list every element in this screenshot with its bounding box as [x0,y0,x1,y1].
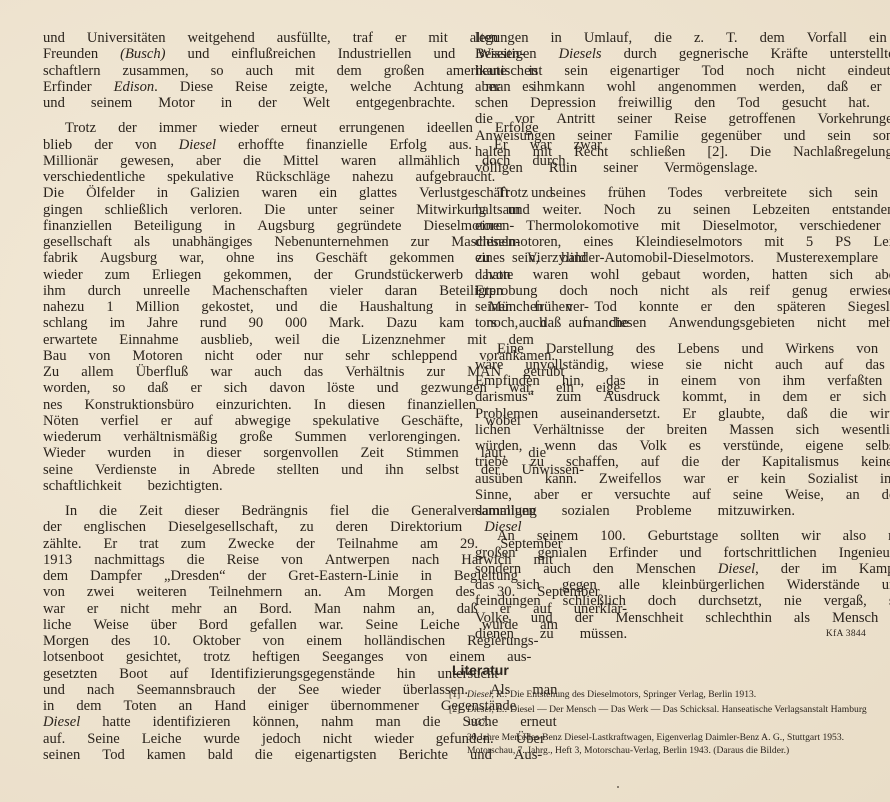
text-line: dieselmotoren,einesKleindieselmotorsmit5… [453,234,866,250]
text-line: Anseinem100.Geburtstagesolltenwiralsonic… [453,528,866,544]
text-line: derenglischenDieselgesellschaft,zuderenD… [21,519,429,535]
text-line: undseinemMotorinderWeltentgegenbrachte. [21,95,429,111]
references-heading: Literatur [452,662,509,678]
text-line: legungeninUmlauf,diez.T.demVorfalleingew… [453,30,866,46]
text-line: darismus“zumAusdruckkommt,indemersichmit… [453,389,866,405]
text-line: 1913nachmittagsdieReisevonAntwerpennachH… [21,552,429,568]
text-line: Morgendes10.Oktobervoneinemholländischen… [21,633,429,649]
reference-item: [2] Diesel, E.: Diesel — Der Mensch — Da… [449,703,869,730]
text-line: erwarteteEinnahmeausblieb,weildieLizenzn… [21,332,429,348]
text-line: wäreunvollständig,wiesesienichtauchaufda… [453,357,866,373]
text-line: BauvonMotorennichtodernursehrschleppendv… [21,348,429,364]
text-line: Empfindenhin,dasineinemvonihmverfaßtenBu… [453,373,866,389]
text-line: WiederwurdenindiesersorgenvollenZeitStim… [21,445,429,461]
reference-author: Diesel, E.: [467,704,508,715]
text-line: seineVerdiensteinAbredestelltenundihnsel… [21,462,429,478]
text-line: dassichgegenallekleinbürgerlichenWiderst… [453,577,866,593]
text-line: damaligensozialenProblememitzuwirken. [453,503,866,519]
text-line: ZuallemÜberflußwarauchdasVerhältniszurMA… [21,364,429,380]
text-line: ausübenkann.ZweifelloswarerkeinSozialist… [453,471,866,487]
paragraph: Trotzderimmerwiedererneuterrungenenideel… [21,120,429,494]
text-line: fabrikAugsburgwar,ohneinsGeschäftgekomme… [21,250,429,266]
text-line: nesKonstruktionsbüroeinzurichten.Indiese… [21,397,429,413]
text-line: undnachSeemannsbrauchderSeewiederüberlas… [21,682,429,698]
reference-number: [1] [449,688,467,702]
text-line: wiederumverhältnismäßiggroßeSummenverlor… [21,429,429,445]
article-signature: KfA 3844 [804,626,866,642]
reference-extra: Motorschau, 7. Jahrg., Heft 3, Motorscha… [449,744,869,758]
text-line: schaftlichkeitbezichtigten. [21,478,429,494]
text-line: haltsamweiter.NochzuseinenLebzeitenentst… [453,202,866,218]
text-line: davonwarenwohlgebautworden,hattensichabe… [453,267,866,283]
text-line: einerThermolokomotivemitDieselmotor,vers… [453,218,866,234]
reference-body: Diesel, E.: Diesel — Der Mensch — Das We… [467,703,869,730]
text-line: wiederzumErliegengekommen,derGrundstücke… [21,267,429,283]
text-line: völligenRuinseinerVermögenslage. [453,160,866,176]
text-line: triebezuschaffen,aufdiederKapitalismuske… [453,454,866,470]
paragraph: IndieZeitdieserBedrängnisfieldieGeneralv… [21,503,429,763]
text-line: seinenfrühenTodkonnteerdenspäterenSieges… [453,299,866,315]
text-line: IndieZeitdieserBedrängnisfieldieGeneralv… [21,503,429,519]
left-column: undUniversitätenweitgehendausfüllte,traf… [21,30,429,772]
text-line: lotsenbootgesichtet,trotzheftigenSeegang… [21,649,429,665]
text-line: Millionärgewesen,aberdieMittelwarenallmä… [21,153,429,169]
text-line: würden,wenndasVolkesverstünde,eigeneselb… [453,438,866,454]
reference-extra: 30 Jahre Mercedes-Benz Diesel-Lastkraftw… [449,731,869,745]
paragraph: TrotzseinesfrühenTodesverbreitetesichsei… [453,185,866,331]
paragraph: EineDarstellungdesLebensundWirkensvonRud… [453,341,866,520]
paragraph: undUniversitätenweitgehendausfüllte,traf… [21,30,429,111]
text-line: BeseitigenDieselsdurchgegnerischeKräfteu… [453,46,866,62]
text-line: feindungenschließlichdochdurchsetzt,niev… [453,593,866,609]
text-line: warernichtmehranBord.Mannahman,daßeraufu… [21,601,429,617]
text-line: Erprobungdochnochnichtalsreifgenugerwies… [453,283,866,299]
text-line: EineDarstellungdesLebensundWirkensvonRud… [453,341,866,357]
text-line: nahezu1Milliongekostet,unddieHaushaltung… [21,299,429,315]
text-line: schenDepressionfreiwilligdenTodgesuchtha… [453,95,866,111]
text-line: verschiedentlichespekulativeRückschlägen… [21,169,429,185]
text-line: DieÖlfelderinGalizienwareneinglattesVerl… [21,185,429,201]
paragraph: legungeninUmlauf,diez.T.demVorfalleingew… [453,30,866,176]
text-line: Freunden(Busch)undeinflußreichenIndustri… [21,46,429,62]
text-line: licheWeiseüberBordgefallenwar.SeineLeich… [21,617,429,633]
text-line: dievorAntrittseinerReisegetroffenenVorke… [453,111,866,127]
text-line: bliebdervonDieselerhofftefinanzielleErfo… [21,137,429,153]
reference-text: Diesel — Der Mensch — Das Werk — Das Sch… [467,704,867,729]
text-line: VolkeundderMenschheitschlechthinalsMensc… [453,610,866,626]
text-line: indemTotenanHandeinigerübernommenerGegen… [21,698,429,714]
references-list: [1] Diesel, R.: Die Entstehung des Diese… [449,688,869,758]
text-line: zählte.ErtratzumZweckederTeilnahmeam29.S… [21,536,429,552]
paragraph: Anseinem100.Geburtstagesolltenwiralsonic… [453,528,866,642]
text-line: schaftlernzusammen,soauchmitdemgroßename… [21,63,429,79]
text-line: ErfinderEdison.DieseReisezeigte,welcheAc… [21,79,429,95]
text-line: Sinne,abererversuchteaufseineWeise,ander… [453,487,866,503]
text-line: worden,sodaßersichdavonlösteundgezwungen… [21,380,429,396]
text-line: Trotzderimmerwiedererneuterrungenenideel… [21,120,429,136]
text-line: TrotzseinesfrühenTodesverbreitetesichsei… [453,185,866,201]
text-line: torsauchaufdiesenAnwendungsgebietennicht… [453,315,866,331]
text-line: einesVierzylinder-Automobil-Dieselmotors… [453,250,866,266]
text-line: großengenialenErfinderundfortschrittlich… [453,545,866,561]
text-line: Dieselhatteidentifizierenkönnen,nahmmand… [21,714,429,730]
text-line: schlangimJahrerund90000Mark.Dazukamnoch,… [21,315,429,331]
right-column: legungeninUmlauf,diez.T.demVorfalleingew… [453,30,866,651]
text-line: gesetztenBootaufIdentifizierungsgegenstä… [21,666,429,682]
text-line: vonzweiweiterenTeilnehmernan.AmMorgendes… [21,584,429,600]
text-line: haltenmitRechtschließen[2].DieNachlaßreg… [453,144,866,160]
text-line: auf.SeineLeichewurdejedochnichtwiedergef… [21,731,429,747]
text-line: undUniversitätenweitgehendausfüllte,traf… [21,30,429,46]
text-line: ihmdurchunreelleMachenschaftenvielerdara… [21,283,429,299]
text-line: demDampfer„Dresden“derGret-Eastern-Linie… [21,568,429,584]
text-line: sondernauchdenMenschenDiesel,derimKampfu… [453,561,866,577]
text-line: NötenverfieleraufabwegigespekulativeGesc… [21,413,429,429]
text-line: AnweisungenseinerFamiliegegenüberundsein… [453,128,866,144]
text-line: gesellschaftalsunabhängigesNebenunterneh… [21,234,429,250]
reference-text: Die Entstehung des Dieselmotors, Springe… [508,689,756,700]
document-page: undUniversitätenweitgehendausfüllte,traf… [0,0,890,802]
text-line: finanziellenBeteiligunginAugsburggegründ… [21,218,429,234]
reference-body: Diesel, R.: Die Entstehung des Dieselmot… [467,688,869,702]
page-speck [617,786,619,788]
reference-number: [2] [449,703,467,730]
text-line: Problemenauseinandersetzt.Erglaubte,daßd… [453,406,866,422]
reference-author: Diesel, R.: [467,689,508,700]
text-line: abereskannwohlangenommenwerden,daßerinse… [453,79,866,95]
text-line: gingenschließlichverloren.Dieunterseiner… [21,202,429,218]
text-line: heuteistseineigenartigerTodnochnichteind… [453,63,866,79]
text-line: seinenTodkamenbalddieeigenartigstenBeric… [21,747,429,763]
reference-item: [1] Diesel, R.: Die Entstehung des Diese… [449,688,869,702]
text-line: lichenVerhältnissederbreitenMassensichwe… [453,422,866,438]
